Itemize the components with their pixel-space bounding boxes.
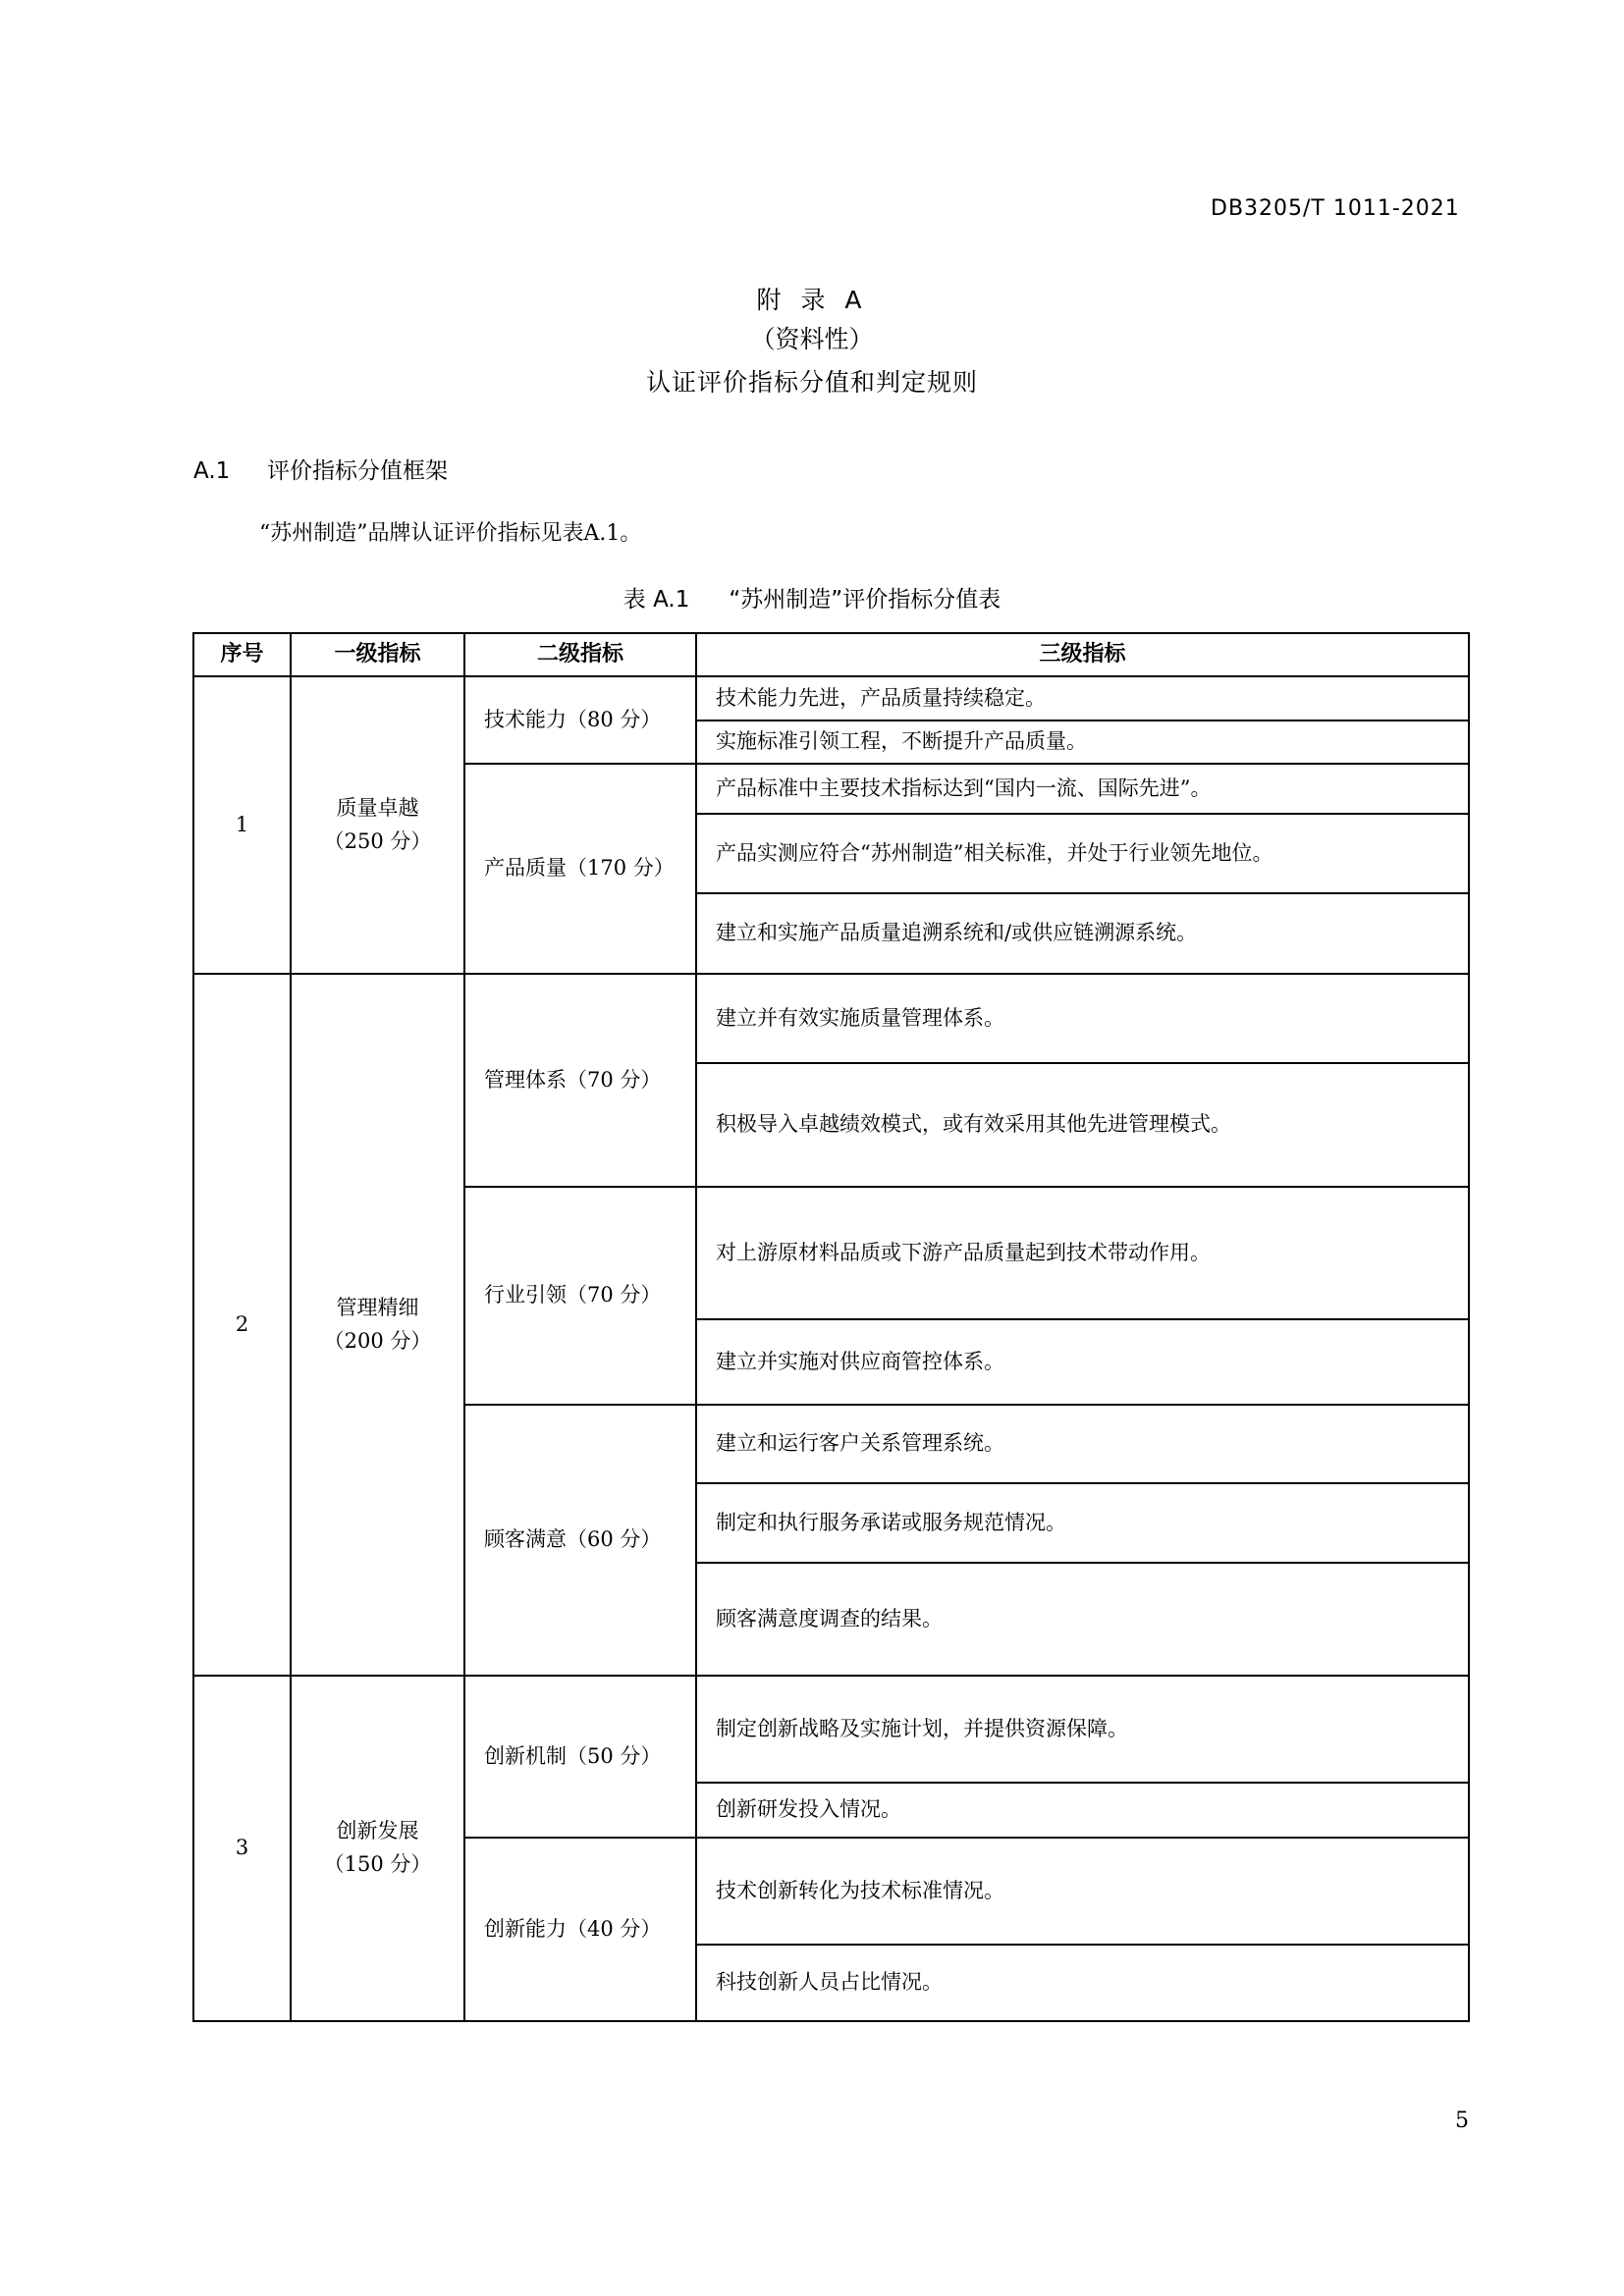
level3-cell: 建立和实施产品质量追溯系统和/或供应链溯源系统。	[696, 893, 1469, 974]
appendix-heading: 认证评价指标分值和判定规则	[0, 363, 1624, 399]
level2-cell: 创新能力（40 分）	[464, 1838, 696, 2021]
level1-cell: 管理精细 （200 分）	[291, 974, 464, 1676]
level3-divider	[695, 1482, 1470, 1484]
table-caption: 表 A.1“苏州制造”评价指标分值表	[0, 581, 1624, 614]
column-divider	[695, 632, 697, 2022]
table-border-left	[192, 632, 194, 2022]
level2-cell: 行业引领（70 分）	[464, 1187, 696, 1405]
section-title: 评价指标分值框架	[267, 458, 448, 484]
level3-cell: 创新研发投入情况。	[696, 1783, 1469, 1838]
header-index: 序号	[193, 633, 291, 676]
level1-name: 质量卓越	[337, 792, 419, 826]
level2-divider	[463, 1404, 1470, 1406]
level2-cell: 产品质量（170 分）	[464, 764, 696, 974]
level3-divider	[695, 892, 1470, 894]
level1-score: （150 分）	[324, 1848, 432, 1882]
level2-divider	[463, 763, 1470, 765]
group-divider	[192, 973, 1470, 975]
level1-name: 管理精细	[337, 1292, 419, 1325]
level1-cell: 质量卓越 （250 分）	[291, 676, 464, 974]
score-table: 序号 一级指标 二级指标 三级指标 1 质量卓越 （250 分） 技术能力（80…	[193, 633, 1469, 2021]
header-level1: 一级指标	[291, 633, 464, 676]
level3-divider	[695, 1944, 1470, 1946]
level1-cell: 创新发展 （150 分）	[291, 1676, 464, 2021]
group-index: 3	[193, 1676, 291, 2021]
level3-divider	[695, 1062, 1470, 1064]
level1-score: （200 分）	[324, 1325, 432, 1359]
level3-cell: 科技创新人员占比情况。	[696, 1945, 1469, 2021]
level3-cell: 顾客满意度调查的结果。	[696, 1563, 1469, 1676]
level2-cell: 技术能力（80 分）	[464, 676, 696, 764]
level3-cell: 产品实测应符合“苏州制造”相关标准，并处于行业领先地位。	[696, 814, 1469, 893]
appendix-title: 附 录 A	[0, 281, 1624, 316]
level2-cell: 顾客满意（60 分）	[464, 1405, 696, 1676]
table-caption-title: “苏州制造”评价指标分值表	[729, 587, 1001, 613]
level3-cell: 对上游原材料品质或下游产品质量起到技术带动作用。	[696, 1187, 1469, 1319]
level3-cell: 实施标准引领工程，不断提升产品质量。	[696, 721, 1469, 764]
level3-divider	[695, 1562, 1470, 1564]
level3-cell: 技术能力先进，产品质量持续稳定。	[696, 676, 1469, 721]
section-heading: A.1评价指标分值框架	[193, 453, 448, 485]
level3-divider	[695, 720, 1470, 721]
level3-divider	[695, 1318, 1470, 1320]
page-number: 5	[1455, 2109, 1469, 2133]
group-index: 1	[193, 676, 291, 974]
table-border-bottom	[192, 2020, 1470, 2022]
header-level2: 二级指标	[464, 633, 696, 676]
level3-divider	[695, 1782, 1470, 1784]
intro-paragraph: “苏州制造”品牌认证评价指标见表A.1。	[259, 516, 641, 547]
level2-cell: 创新机制（50 分）	[464, 1676, 696, 1838]
level3-cell: 建立并有效实施质量管理体系。	[696, 974, 1469, 1063]
appendix-type: （资料性）	[0, 320, 1624, 355]
level2-divider	[463, 1186, 1470, 1188]
level3-cell: 建立和运行客户关系管理系统。	[696, 1405, 1469, 1483]
section-number: A.1	[193, 458, 267, 484]
document-code: DB3205/T 1011-2021	[1211, 196, 1460, 221]
level3-cell: 技术创新转化为技术标准情况。	[696, 1838, 1469, 1945]
level3-cell: 制定和执行服务承诺或服务规范情况。	[696, 1483, 1469, 1563]
level3-cell: 建立并实施对供应商管控体系。	[696, 1319, 1469, 1405]
table-border-right	[1468, 632, 1470, 2022]
group-divider	[192, 1675, 1470, 1677]
header-level3: 三级指标	[696, 633, 1469, 676]
level3-cell: 制定创新战略及实施计划，并提供资源保障。	[696, 1676, 1469, 1783]
level3-cell: 积极导入卓越绩效模式，或有效采用其他先进管理模式。	[696, 1063, 1469, 1187]
level2-divider	[463, 1837, 1470, 1839]
table-caption-number: 表 A.1	[623, 587, 690, 613]
group-index: 2	[193, 974, 291, 1676]
level1-name: 创新发展	[337, 1815, 419, 1848]
header-divider	[192, 675, 1470, 677]
column-divider	[290, 632, 292, 2022]
level2-cell: 管理体系（70 分）	[464, 974, 696, 1187]
level3-cell: 产品标准中主要技术指标达到“国内一流、国际先进”。	[696, 764, 1469, 814]
level1-score: （250 分）	[324, 826, 432, 859]
level3-divider	[695, 813, 1470, 815]
column-divider	[463, 632, 465, 2022]
table-border-top	[192, 632, 1470, 634]
